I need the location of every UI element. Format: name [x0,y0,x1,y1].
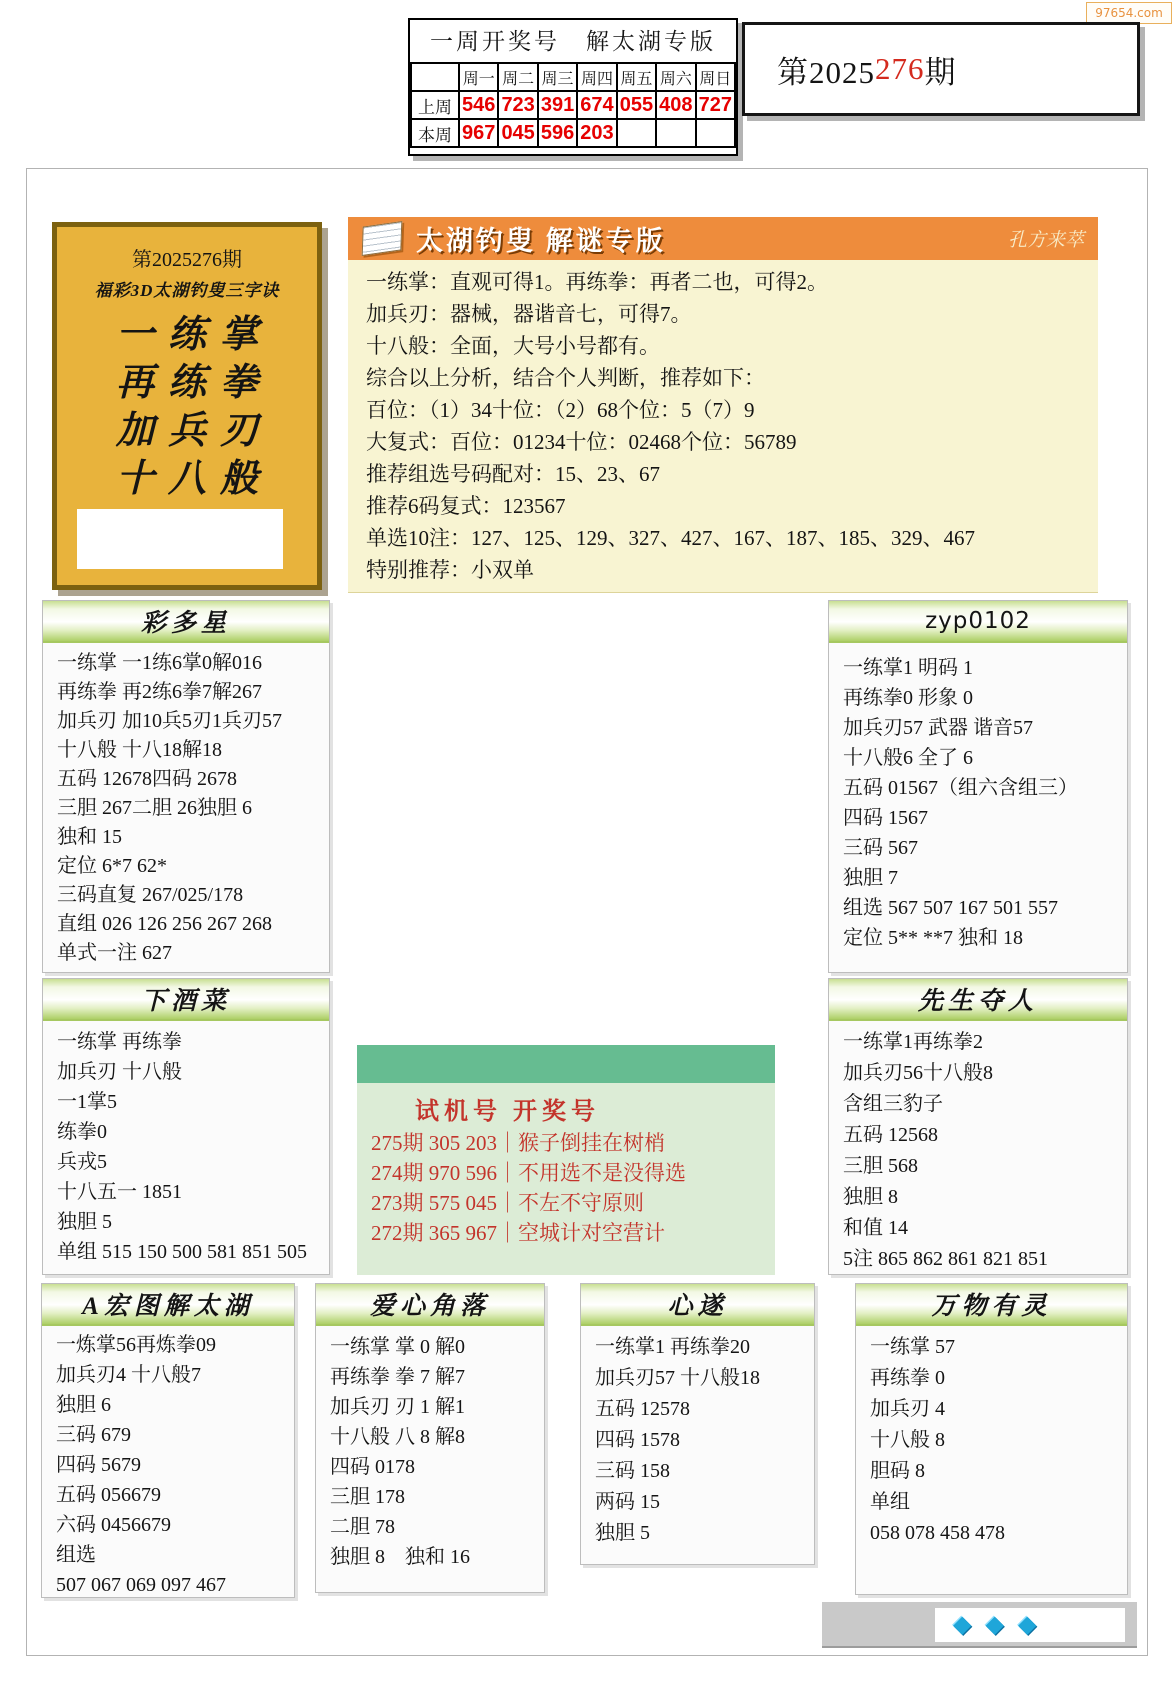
text-line: 四码 5679 [56,1450,294,1480]
day-header: 周六 [656,63,695,91]
week-table: 周一 周二 周三 周四 周五 周六 周日 上周 546 723 391 674 … [410,62,736,148]
text-line: 三胆 178 [330,1482,544,1512]
text-line: 独胆 5 [57,1207,329,1237]
text-line: 独胆 8 [843,1182,1127,1213]
panel-lines: 一练掌 掌 0 解0再练拳 拳 7 解7加兵刃 刃 1 解1十八般 八 8 解8… [316,1326,544,1572]
analysis-line: 一练掌：直观可得1。再练拳：再者二也，可得2。 [366,266,1098,298]
panel-title: 万物有灵 [856,1284,1127,1326]
text-line: 单式一注 627 [57,939,329,968]
text-line: 独和 15 [57,823,329,852]
text-line: 三码 567 [843,833,1127,863]
panel-lines: 一练掌 57再练拳 0加兵刃 4十八般 8胆码 8单组058 078 458 4… [856,1326,1127,1549]
issue-number-box: 第2025276期 [742,22,1140,116]
row-label: 上周 [411,91,459,119]
text-line: 独胆 7 [843,863,1127,893]
diamond-icon: ◆ [1018,1613,1036,1637]
text-line: 一炼掌56再炼拳09 [56,1330,294,1360]
text-line: 再练拳 拳 7 解7 [330,1362,544,1392]
analysis-line: 加兵刃：器械，器谐音七，可得7。 [366,298,1098,330]
panel-aixinjiaoluo: 爱心角落 一练掌 掌 0 解0再练拳 拳 7 解7加兵刃 刃 1 解1十八般 八… [315,1283,545,1593]
text-line: 四码 1578 [595,1425,814,1456]
text-line: 兵戎5 [57,1147,329,1177]
draw-history-row: 272期 365 967｜空城计对空营计 [371,1218,775,1248]
text-line: 加兵刃4 十八般7 [56,1360,294,1390]
text-line: 四码 0178 [330,1452,544,1482]
panel-lines: 一练掌1 明码 1再练拳0 形象 0加兵刃57 武器 谐音57十八般6 全了 6… [829,643,1127,953]
day-header: 周二 [498,63,537,91]
week-header-row: 周一 周二 周三 周四 周五 周六 周日 [411,63,735,91]
text-line: 二胆 78 [330,1512,544,1542]
diamond-icon: ◆ [953,1613,971,1637]
text-line: 三码 679 [56,1420,294,1450]
draw-number [656,119,695,147]
banner-right-text: 孔方来萃 [1008,225,1084,252]
text-line: 加兵刃 加10兵5刃1兵刃57 [57,707,329,736]
week-table-title: 一周开奖号 解太湖专版 [410,20,736,62]
text-line: 独胆 5 [595,1518,814,1549]
panel-xianshengduoren: 先生夺人 一练掌1再练拳2加兵刃56十八般8含组三豹子五码 12568三胆 56… [828,978,1128,1275]
text-line: 058 078 458 478 [870,1518,1127,1549]
draw-number [617,119,656,147]
day-header: 周四 [577,63,616,91]
text-line: 定位 6*7 62* [57,852,329,881]
text-line: 和值 14 [843,1213,1127,1244]
draw-number: 045 [498,119,537,147]
text-line: 一练掌 57 [870,1332,1127,1363]
panel-title: 先生夺人 [829,979,1127,1021]
text-line: 一练掌1再练拳2 [843,1027,1127,1058]
issue-number-red: 276 [875,51,925,87]
text-line: 六码 0456679 [56,1510,294,1540]
text-line: 十八般6 全了 6 [843,743,1127,773]
day-header: 周五 [617,63,656,91]
page: 97654.com 一周开奖号 解太湖专版 周一 周二 周三 周四 周五 周六 … [0,0,1172,1691]
riddle-line: 再练拳 [57,359,317,407]
riddle-lines: 一练掌再练拳加兵刃十八般 [57,311,317,503]
issue-prefix: 第2025 [777,47,875,92]
text-line: 三胆 568 [843,1151,1127,1182]
text-line: 单组 515 150 500 581 851 505 [57,1237,329,1267]
day-header: 周日 [696,63,735,91]
panel-wanwuyouling: 万物有灵 一练掌 57再练拳 0加兵刃 4十八般 8胆码 8单组058 078 … [855,1283,1128,1595]
panel-xinsui: 心遂 一练掌1 再练拳20加兵刃57 十八般18五码 12578四码 1578三… [580,1283,815,1565]
text-line: 加兵刃56十八般8 [843,1058,1127,1089]
banner-title: 太湖钓叟 解谜专版 [416,219,666,258]
draw-number: 408 [656,91,695,119]
panel-caiduoxing: 彩多星 一练掌 一1练6掌0解016再练拳 再2练6拳7解267加兵刃 加10兵… [42,600,330,973]
draw-number: 391 [538,91,577,119]
text-line: 加兵刃57 武器 谐音57 [843,713,1127,743]
text-line: 加兵刃 刃 1 解1 [330,1392,544,1422]
draw-number: 727 [696,91,735,119]
analysis-line: 推荐6码复式：123567 [366,490,1098,522]
panel-title: zyp0102 [829,601,1127,643]
draw-history-row: 273期 575 045｜不左不守原则 [371,1188,775,1218]
text-line: 练拳0 [57,1117,329,1147]
card-subtitle: 福彩3D太湖钓叟三字诀 [57,276,317,301]
this-week-row: 本周 967 045 596 203 [411,119,735,147]
text-line: 再练拳0 形象 0 [843,683,1127,713]
text-line: 加兵刃 4 [870,1394,1127,1425]
row-label: 本周 [411,119,459,147]
text-line: 单组 [870,1487,1127,1518]
text-line: 直组 026 126 256 267 268 [57,910,329,939]
draw-number [696,119,735,147]
card-blank-box [77,509,283,569]
day-header: 周一 [459,63,498,91]
card-issue: 第2025276期 [57,243,317,272]
text-line: 一练掌 再练拳 [57,1027,329,1057]
text-line: 三胆 267二胆 26独胆 6 [57,794,329,823]
panel-lines: 一练掌1再练拳2加兵刃56十八般8含组三豹子五码 12568三胆 568独胆 8… [829,1021,1127,1275]
text-line: 一练掌 一1练6掌0解016 [57,649,329,678]
panel-lines: 一练掌 一1练6掌0解016再练拳 再2练6拳7解267加兵刃 加10兵5刃1兵… [43,643,329,968]
analysis-box: 一练掌：直观可得1。再练拳：再者二也，可得2。加兵刃：器械，器谐音七，可得7。十… [348,260,1098,593]
draw-panel-header-strip [357,1045,775,1083]
analysis-line: 综合以上分析，结合个人判断，推荐如下： [366,362,1098,394]
text-line: 加兵刃57 十八般18 [595,1363,814,1394]
text-line: 定位 5** **7 独和 18 [843,923,1127,953]
riddle-line: 十八般 [57,455,317,503]
text-line: 四码 1567 [843,803,1127,833]
week-draws-box: 一周开奖号 解太湖专版 周一 周二 周三 周四 周五 周六 周日 上周 546 … [408,18,738,156]
gold-riddle-card: 第2025276期 福彩3D太湖钓叟三字诀 一练掌再练拳加兵刃十八般 [52,222,322,590]
corner-cell [411,63,459,91]
draw-number: 723 [498,91,537,119]
analysis-line: 百位：（1）34十位：（2）68个位：5（7）9 [366,394,1098,426]
text-line: 十八般 八 8 解8 [330,1422,544,1452]
text-line: 含组三豹子 [843,1089,1127,1120]
text-line: 两码 15 [595,1487,814,1518]
analysis-line: 特别推荐：小双单 [366,554,1098,586]
analysis-line: 十八般：全面，大号小号都有。 [366,330,1098,362]
text-line: 五码 12568 [843,1120,1127,1151]
watermark-text: 97654.com [1095,6,1163,20]
text-line: 组选 567 507 167 501 557 [843,893,1127,923]
panel-lines: 一炼掌56再炼拳09加兵刃4 十八般7独胆 6三码 679四码 5679五码 0… [42,1326,294,1600]
draw-number: 055 [617,91,656,119]
watermark: 97654.com [1086,2,1172,24]
analysis-line: 单选10注：127、125、129、327、427、167、187、185、32… [366,522,1098,554]
diamond-box: ◆◆◆ [935,1608,1125,1642]
draw-number: 203 [577,119,616,147]
analysis-line: 大复式：百位：01234十位：02468个位：56789 [366,426,1098,458]
draw-number: 674 [577,91,616,119]
bottom-bar: ◆◆◆ [822,1602,1137,1648]
draw-history-row: 275期 305 203｜猴子倒挂在树梢 [371,1128,775,1158]
riddle-line: 一练掌 [57,311,317,359]
text-line: 一练掌1 明码 1 [843,653,1127,683]
draw-number: 596 [538,119,577,147]
text-line: 十八五一 1851 [57,1177,329,1207]
text-line: 再练拳 再2练6拳7解267 [57,678,329,707]
analysis-line: 推荐组选号码配对：15、23、67 [366,458,1098,490]
diamond-icon: ◆ [985,1613,1003,1637]
riddle-line: 加兵刃 [57,407,317,455]
text-line: 加兵刃 十八般 [57,1057,329,1087]
text-line: 五码 12678四码 2678 [57,765,329,794]
text-line: 胆码 8 [870,1456,1127,1487]
panel-lines: 一练掌1 再练拳20加兵刃57 十八般18五码 12578四码 1578三码 1… [581,1326,814,1549]
text-line: 507 067 069 097 467 [56,1570,294,1600]
draw-history-panel: 试机号 开奖号 275期 305 203｜猴子倒挂在树梢274期 970 596… [357,1045,775,1275]
banner: 太湖钓叟 解谜专版 孔方来萃 [348,217,1098,260]
text-line: 一1掌5 [57,1087,329,1117]
text-line: 一练掌 掌 0 解0 [330,1332,544,1362]
text-line: 独胆 6 [56,1390,294,1420]
text-line: 组选 [56,1540,294,1570]
draw-history-rows: 275期 305 203｜猴子倒挂在树梢274期 970 596｜不用选不是没得… [371,1128,775,1248]
day-header: 周三 [538,63,577,91]
panel-zyp0102: zyp0102 一练掌1 明码 1再练拳0 形象 0加兵刃57 武器 谐音57十… [828,600,1128,973]
draw-panel-title: 试机号 开奖号 [415,1091,775,1126]
panel-lines: 一练掌 再练拳加兵刃 十八般一1掌5练拳0兵戎5十八五一 1851独胆 5单组 … [43,1021,329,1267]
text-line: 五码 01567（组六含组三） [843,773,1127,803]
panel-ahongtu: A宏图解太湖 一炼掌56再炼拳09加兵刃4 十八般7独胆 6三码 679四码 5… [41,1283,295,1598]
draw-number: 967 [459,119,498,147]
text-line: 三码 158 [595,1456,814,1487]
panel-title: 心遂 [581,1284,814,1326]
pages-icon [362,221,403,256]
last-week-row: 上周 546 723 391 674 055 408 727 [411,91,735,119]
panel-title: 彩多星 [43,601,329,643]
text-line: 独胆 8 独和 16 [330,1542,544,1572]
text-line: 十八般 8 [870,1425,1127,1456]
issue-suffix: 期 [925,47,957,92]
panel-xiajiucai: 下酒菜 一练掌 再练拳加兵刃 十八般一1掌5练拳0兵戎5十八五一 1851独胆 … [42,978,330,1275]
text-line: 再练拳 0 [870,1363,1127,1394]
text-line: 十八般 十八18解18 [57,736,329,765]
text-line: 一练掌1 再练拳20 [595,1332,814,1363]
draw-history-row: 274期 970 596｜不用选不是没得选 [371,1158,775,1188]
panel-title: A宏图解太湖 [42,1284,294,1326]
panel-title: 爱心角落 [316,1284,544,1326]
text-line: 五码 056679 [56,1480,294,1510]
panel-title: 下酒菜 [43,979,329,1021]
text-line: 5注 865 862 861 821 851 [843,1244,1127,1275]
draw-number: 546 [459,91,498,119]
text-line: 三码直复 267/025/178 [57,881,329,910]
text-line: 五码 12578 [595,1394,814,1425]
